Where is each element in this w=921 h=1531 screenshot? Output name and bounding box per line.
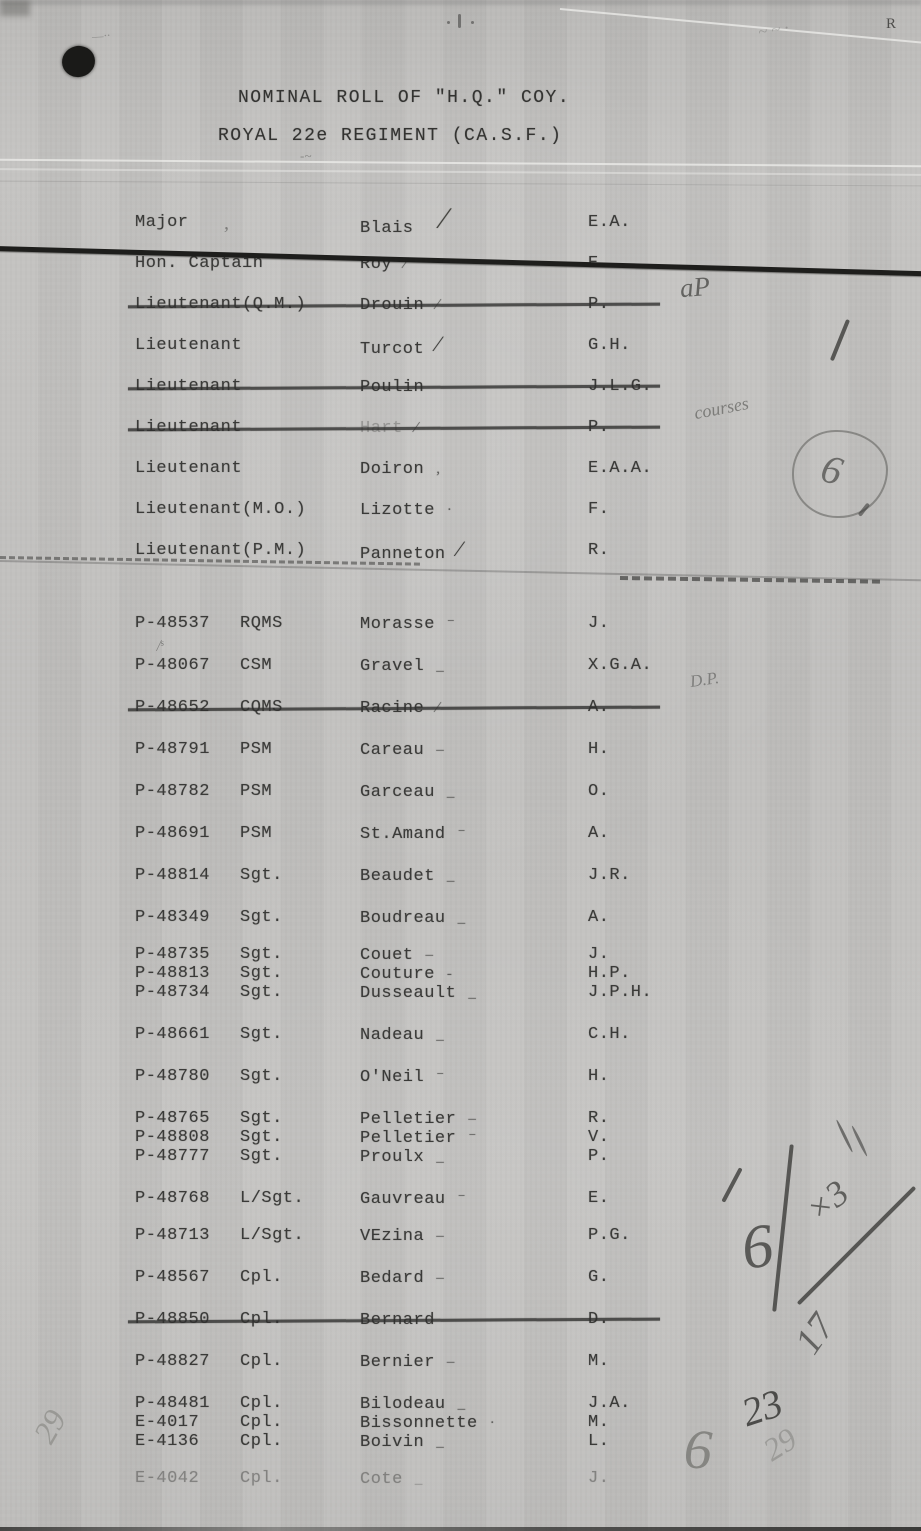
service-number: P-48481 [135,1394,210,1414]
officer-rank: Lieutenant(M.O.) [135,500,306,520]
nco-rank: CSM [240,656,272,676]
surname-text: Bedard [360,1269,424,1288]
nco-initials: J.P.H. [588,983,652,1003]
nco-initials: J. [588,614,609,634]
service-number: P-48791 [135,740,210,760]
pencil-mark [447,21,450,24]
surname-text: Couet [360,946,414,965]
scan-corner-smudge [0,0,30,16]
nco-rank: Sgt. [240,1109,283,1129]
nco-rank: Sgt. [240,908,283,928]
hole-punch-mark [59,42,99,80]
nco-rank: RQMS [240,614,283,634]
officer-row: Major Blais∕ E.A. [0,213,921,233]
nco-rank: Sgt. [240,1067,283,1087]
nco-row: P-48349 Sgt. Boudreau_ A. [0,908,921,928]
officer-initials: R. [588,541,609,561]
pencil-tick: – [468,1111,476,1127]
nco-initials: E. [588,1189,609,1209]
pencil-tick: _ [436,1149,444,1165]
nco-row: P-48765 Sgt. Pelletier– R. [0,1109,921,1129]
nco-surname: Bissonnette· [360,1413,495,1434]
document-title: NOMINAL ROLL OF "H.Q." COY. [238,88,570,108]
pencil-tick: _ [436,1434,444,1450]
nco-surname: Gauvreau⁻ [360,1189,466,1210]
pencil-tick: _ [468,985,476,1001]
officer-initials: G.H. [588,336,631,356]
nco-rank: Cpl. [240,1352,283,1372]
nco-surname: Bilodeau_ [360,1394,466,1415]
surname-text: Boivin [360,1433,424,1452]
nco-row: P-48067 CSM Gravel_ X.G.A. [0,656,921,676]
nco-initials: A. [588,824,609,844]
nco-initials: H. [588,740,609,760]
nco-row: P-48691 PSM St.Amand⁻ A. [0,824,921,844]
nco-surname: Gravel_ [360,656,444,677]
surname-text: Doiron [360,460,424,479]
service-number: P-48765 [135,1109,210,1129]
surname-text: Panneton [360,545,446,564]
nco-row: P-48734 Sgt. Dusseault_ J.P.H. [0,983,921,1003]
nco-row: P-48827 Cpl. Bernier– M. [0,1352,921,1372]
surname-text: Gravel [360,657,424,676]
surname-text: Bissonnette [360,1414,478,1433]
officer-rank: Major [135,213,189,233]
pencil-tick: ⁻ [458,1191,466,1207]
nco-initials: C.H. [588,1025,631,1045]
nco-surname: Pelletier– [360,1109,476,1130]
pencil-tick: _ [458,910,466,926]
pencil-tick: ∕ [442,202,448,235]
officer-row: Lieutenant Turcot∕ G.H. [0,336,921,356]
nco-row: P-48735 Sgt. Couet– J. [0,945,921,965]
nco-rank: Sgt. [240,866,283,886]
crease-line [0,159,921,167]
nco-initials: X.G.A. [588,656,652,676]
nco-rank: PSM [240,782,272,802]
nco-initials: R. [588,1109,609,1129]
nco-surname: Proulx_ [360,1147,444,1168]
circled-number-value: 6 [816,444,848,495]
nco-initials: A. [588,908,609,928]
pencil-tick: ⁻ [447,616,455,632]
nco-row: P-48780 Sgt. O'Neil⁻ H. [0,1067,921,1087]
nco-rank: Cpl. [240,1469,283,1489]
nco-surname: Nadeau_ [360,1025,444,1046]
officer-rank: Lieutenant [135,336,242,356]
nco-surname: Pelletier⁻ [360,1128,477,1149]
service-number: P-48713 [135,1226,210,1246]
nco-rank: Sgt. [240,1147,283,1167]
nco-row: E-4042 Cpl. Cote_ J. [0,1469,921,1489]
pencil-tick: ⁻ [458,826,466,842]
ncos-list: P-48537 RQMS Morasse⁻ J. P-48067 CSM Gra… [0,614,921,1489]
pencil-mark: -~ [300,148,311,164]
surname-text: Careau [360,741,424,760]
surname-text: Beaudet [360,867,435,886]
nco-initials: P.G. [588,1226,631,1246]
crease-line [0,168,921,175]
pencil-tick: _ [436,1027,444,1043]
nco-surname: O'Neil⁻ [360,1067,445,1088]
nco-rank: Cpl. [240,1413,283,1433]
pencil-mark: —·· [91,27,110,44]
surname-text: Blais [360,219,414,238]
nco-row: P-48808 Sgt. Pelletier⁻ V. [0,1128,921,1148]
officer-surname: Doiron, [360,459,440,480]
service-number: P-48814 [135,866,210,886]
officer-row: Lieutenant(M.O.) Lizotte· F. [0,500,921,520]
nco-rank: Sgt. [240,964,283,984]
nco-initials: J.A. [588,1394,631,1414]
surname-text: Dusseault [360,984,456,1003]
officer-row: Lieutenant Doiron, E.A.A. [0,459,921,479]
pencil-mark [471,21,474,24]
nco-rank: Sgt. [240,1025,283,1045]
pencil-tick: – [426,947,434,963]
pencil-tick: · [490,1415,496,1431]
nco-row: P-48661 Sgt. Nadeau_ C.H. [0,1025,921,1045]
service-number: P-48537 [135,614,210,634]
surname-text: Gauvreau [360,1190,446,1209]
pencil-tick: – [436,1270,444,1286]
service-number: P-48734 [135,983,210,1003]
service-number: E-4042 [135,1469,199,1489]
nco-surname: Bedard– [360,1268,444,1289]
nco-row: P-48537 RQMS Morasse⁻ J. [0,614,921,634]
pencil-tick: ⁻ [468,1130,476,1146]
nco-rank: Sgt. [240,1128,283,1148]
nco-surname: St.Amand⁻ [360,824,466,845]
pencil-tick: ∕ [458,536,462,561]
pencil-mark: R [886,16,896,33]
officer-row: Lieutenant(Q.M.) Drouin∕ P. [0,295,921,315]
surname-text: VEzina [360,1227,424,1246]
surname-text: Cote [360,1470,403,1489]
pencil-mark-major: , [224,212,229,235]
officers-list: Major Blais∕ E.A. Hon. Captain Roy∕ E. L… [0,213,921,561]
surname-text: Bernier [360,1353,435,1372]
nco-initials: J. [588,1469,609,1489]
surname-text: Turcot [360,340,424,359]
surname-text: Proulx [360,1148,424,1167]
nco-surname: Morasse⁻ [360,614,455,635]
nco-initials: J.R. [588,866,631,886]
officer-initials: E.A.A. [588,459,652,479]
pencil-tick: ∕ [436,331,440,356]
scanned-document-page: —·· ~~· R NOMINAL ROLL OF "H.Q." COY. RO… [0,0,921,1531]
service-number: P-48768 [135,1189,210,1209]
surname-text: Boudreau [360,909,446,928]
pencil-tick: _ [458,1396,466,1412]
officer-initials: E.A. [588,213,631,233]
surname-text: Lizotte [360,501,435,520]
service-number: P-48661 [135,1025,210,1045]
nco-row: P-48791 PSM Careau– H. [0,740,921,760]
nco-initials: P. [588,1147,609,1167]
nco-initials: M. [588,1352,609,1372]
nco-row: P-48850 Cpl. Bernard D. [0,1310,921,1330]
nco-rank: Cpl. [240,1268,283,1288]
pencil-tick: , [436,461,440,477]
service-number: P-48691 [135,824,210,844]
nco-initials: O. [588,782,609,802]
service-number: P-48808 [135,1128,210,1148]
nco-rank: PSM [240,740,272,760]
surname-text: Bilodeau [360,1395,446,1414]
officer-rank: Lieutenant(P.M.) [135,541,306,561]
nco-surname: Bernier– [360,1352,455,1373]
officer-initials: F. [588,500,609,520]
surname-text: Pelletier [360,1110,456,1129]
document-subtitle: ROYAL 22e REGIMENT (CA.S.F.) [218,126,562,146]
nco-surname: VEzina– [360,1226,444,1247]
pencil-tick: ⁻ [436,1069,444,1085]
service-number: P-48735 [135,945,210,965]
service-number: P-48827 [135,1352,210,1372]
service-number: E-4017 [135,1413,199,1433]
surname-text: Morasse [360,615,435,634]
pencil-mark [458,14,461,28]
service-number: P-48780 [135,1067,210,1087]
surname-text: St.Amand [360,825,446,844]
officer-surname: Lizotte· [360,500,452,521]
pencil-tick: _ [415,1471,423,1487]
service-number: P-48349 [135,908,210,928]
surname-text: Couture [360,965,435,984]
pencil-note-ap: aP [679,271,712,304]
surname-text: Pelletier [360,1129,456,1148]
nco-surname: Couture- [360,964,452,985]
nco-initials: G. [588,1268,609,1288]
officer-rank: Lieutenant [135,459,242,479]
nco-row: P-48814 Sgt. Beaudet_ J.R. [0,866,921,886]
nco-initials: J. [588,945,609,965]
pencil-number-six-bottom: 6 [682,1417,713,1482]
service-number: E-4136 [135,1432,199,1452]
nco-row: P-48567 Cpl. Bedard– G. [0,1268,921,1288]
pencil-tick: – [436,742,444,758]
nco-row: P-48782 PSM Garceau_ O. [0,782,921,802]
officer-row: Lieutenant Hart∕ P. [0,418,921,438]
pencil-tick: · [447,502,453,518]
pencil-tick: – [436,1228,444,1244]
pencil-scribble: ~~· [757,17,794,42]
officer-row: Lieutenant(P.M.) Panneton∕ R. [0,541,921,561]
nco-initials: V. [588,1128,609,1148]
pencil-tick: – [447,1354,455,1370]
service-number: P-48813 [135,964,210,984]
diagonal-crease [560,8,921,43]
pencil-tick: _ [447,868,455,884]
nco-surname: Boudreau_ [360,908,466,929]
pencil-tick: _ [436,658,444,674]
nco-surname: Garceau_ [360,782,455,803]
service-number: P-48567 [135,1268,210,1288]
officer-surname: Panneton∕ [360,541,462,565]
nco-rank: Sgt. [240,983,283,1003]
nco-surname: Careau– [360,740,444,761]
pencil-tick: - [447,966,453,982]
officer-surname: Blais∕ [360,213,447,239]
nco-row: P-48777 Sgt. Proulx_ P. [0,1147,921,1167]
pencil-tick: _ [447,784,455,800]
pencil-note-dp: D.P. [689,668,720,692]
nco-rank: Cpl. [240,1394,283,1414]
scan-top-edge [0,0,921,5]
surname-text: Nadeau [360,1026,424,1045]
nco-initials: H.P. [588,964,631,984]
nco-rank: PSM [240,824,272,844]
nco-initials: L. [588,1432,609,1452]
nco-row: P-48652 CQMS Racine∕ A. [0,698,921,718]
nco-rank: Cpl. [240,1432,283,1452]
officer-surname: Turcot∕ [360,336,440,360]
nco-surname: Beaudet_ [360,866,455,887]
nco-surname: Couet– [360,945,434,966]
nco-surname: Dusseault_ [360,983,476,1004]
service-number: P-48782 [135,782,210,802]
nco-rank: Sgt. [240,945,283,965]
service-number: P-48777 [135,1147,210,1167]
crease-shadow-line [0,181,921,187]
service-number: P-48067 [135,656,210,676]
surname-text: Garceau [360,783,435,802]
nco-initials: H. [588,1067,609,1087]
nco-surname: Boivin_ [360,1432,444,1453]
officer-row: Lieutenant Poulin J.L.G. [0,377,921,397]
scan-bottom-edge [0,1527,921,1531]
nco-initials: M. [588,1413,609,1433]
nco-row: P-48813 Sgt. Couture- H.P. [0,964,921,984]
surname-text: O'Neil [360,1068,424,1087]
nco-rank: L/Sgt. [240,1189,304,1209]
nco-surname: Cote_ [360,1469,423,1490]
nco-rank: L/Sgt. [240,1226,304,1246]
